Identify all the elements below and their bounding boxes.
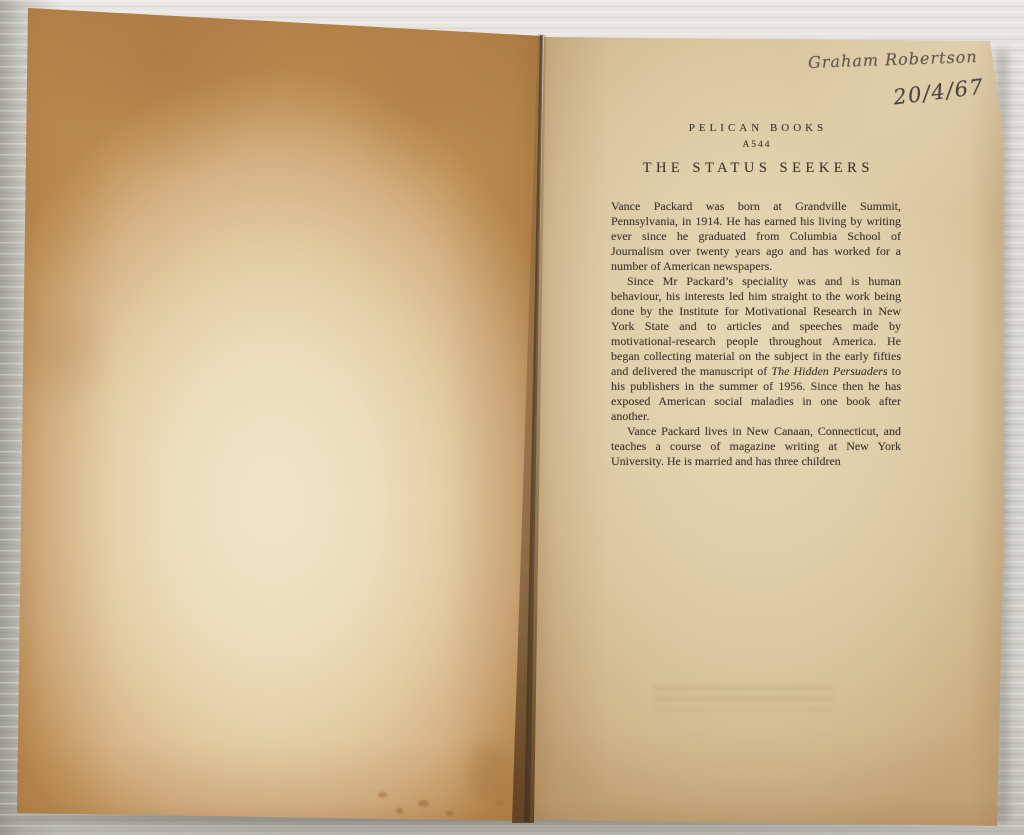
handwritten-date: 20/4/67 (892, 75, 986, 110)
book-title-italic-reference: The Hidden Persuaders (771, 364, 887, 378)
foxing-spot (418, 800, 429, 807)
foxing-spot (497, 801, 503, 806)
foxing-spot (396, 808, 403, 814)
book-title: THE STATUS SEEKERS (611, 160, 901, 177)
catalog-number: A544 (611, 140, 901, 150)
bio-paragraph-3: Vance Packard lives in New Canaan, Conne… (611, 424, 901, 469)
show-through-smudge (653, 686, 833, 710)
author-bio: Vance Packard was born at Grandville Sum… (611, 199, 901, 469)
right-page-printed: Graham Robertson 20/4/67 PELICAN BOOKS A… (525, 0, 1010, 835)
bio-paragraph-1: Vance Packard was born at Grandville Sum… (611, 199, 901, 274)
bio-paragraph-2: Since Mr Packard’s speciality was and is… (611, 274, 901, 424)
bio-paragraph-2-text: Since Mr Packard’s speciality was and is… (611, 274, 901, 378)
foxing-spot (446, 811, 453, 816)
printed-text-block: PELICAN BOOKS A544 THE STATUS SEEKERS Va… (611, 122, 901, 469)
left-page-blank (0, 0, 545, 835)
foxing-smudge (468, 742, 508, 802)
open-book-photo: Graham Robertson 20/4/67 PELICAN BOOKS A… (0, 0, 1024, 835)
foxing-spot (378, 792, 387, 798)
publisher-imprint: PELICAN BOOKS (611, 122, 901, 134)
handwritten-owner-name: Graham Robertson (808, 47, 978, 72)
